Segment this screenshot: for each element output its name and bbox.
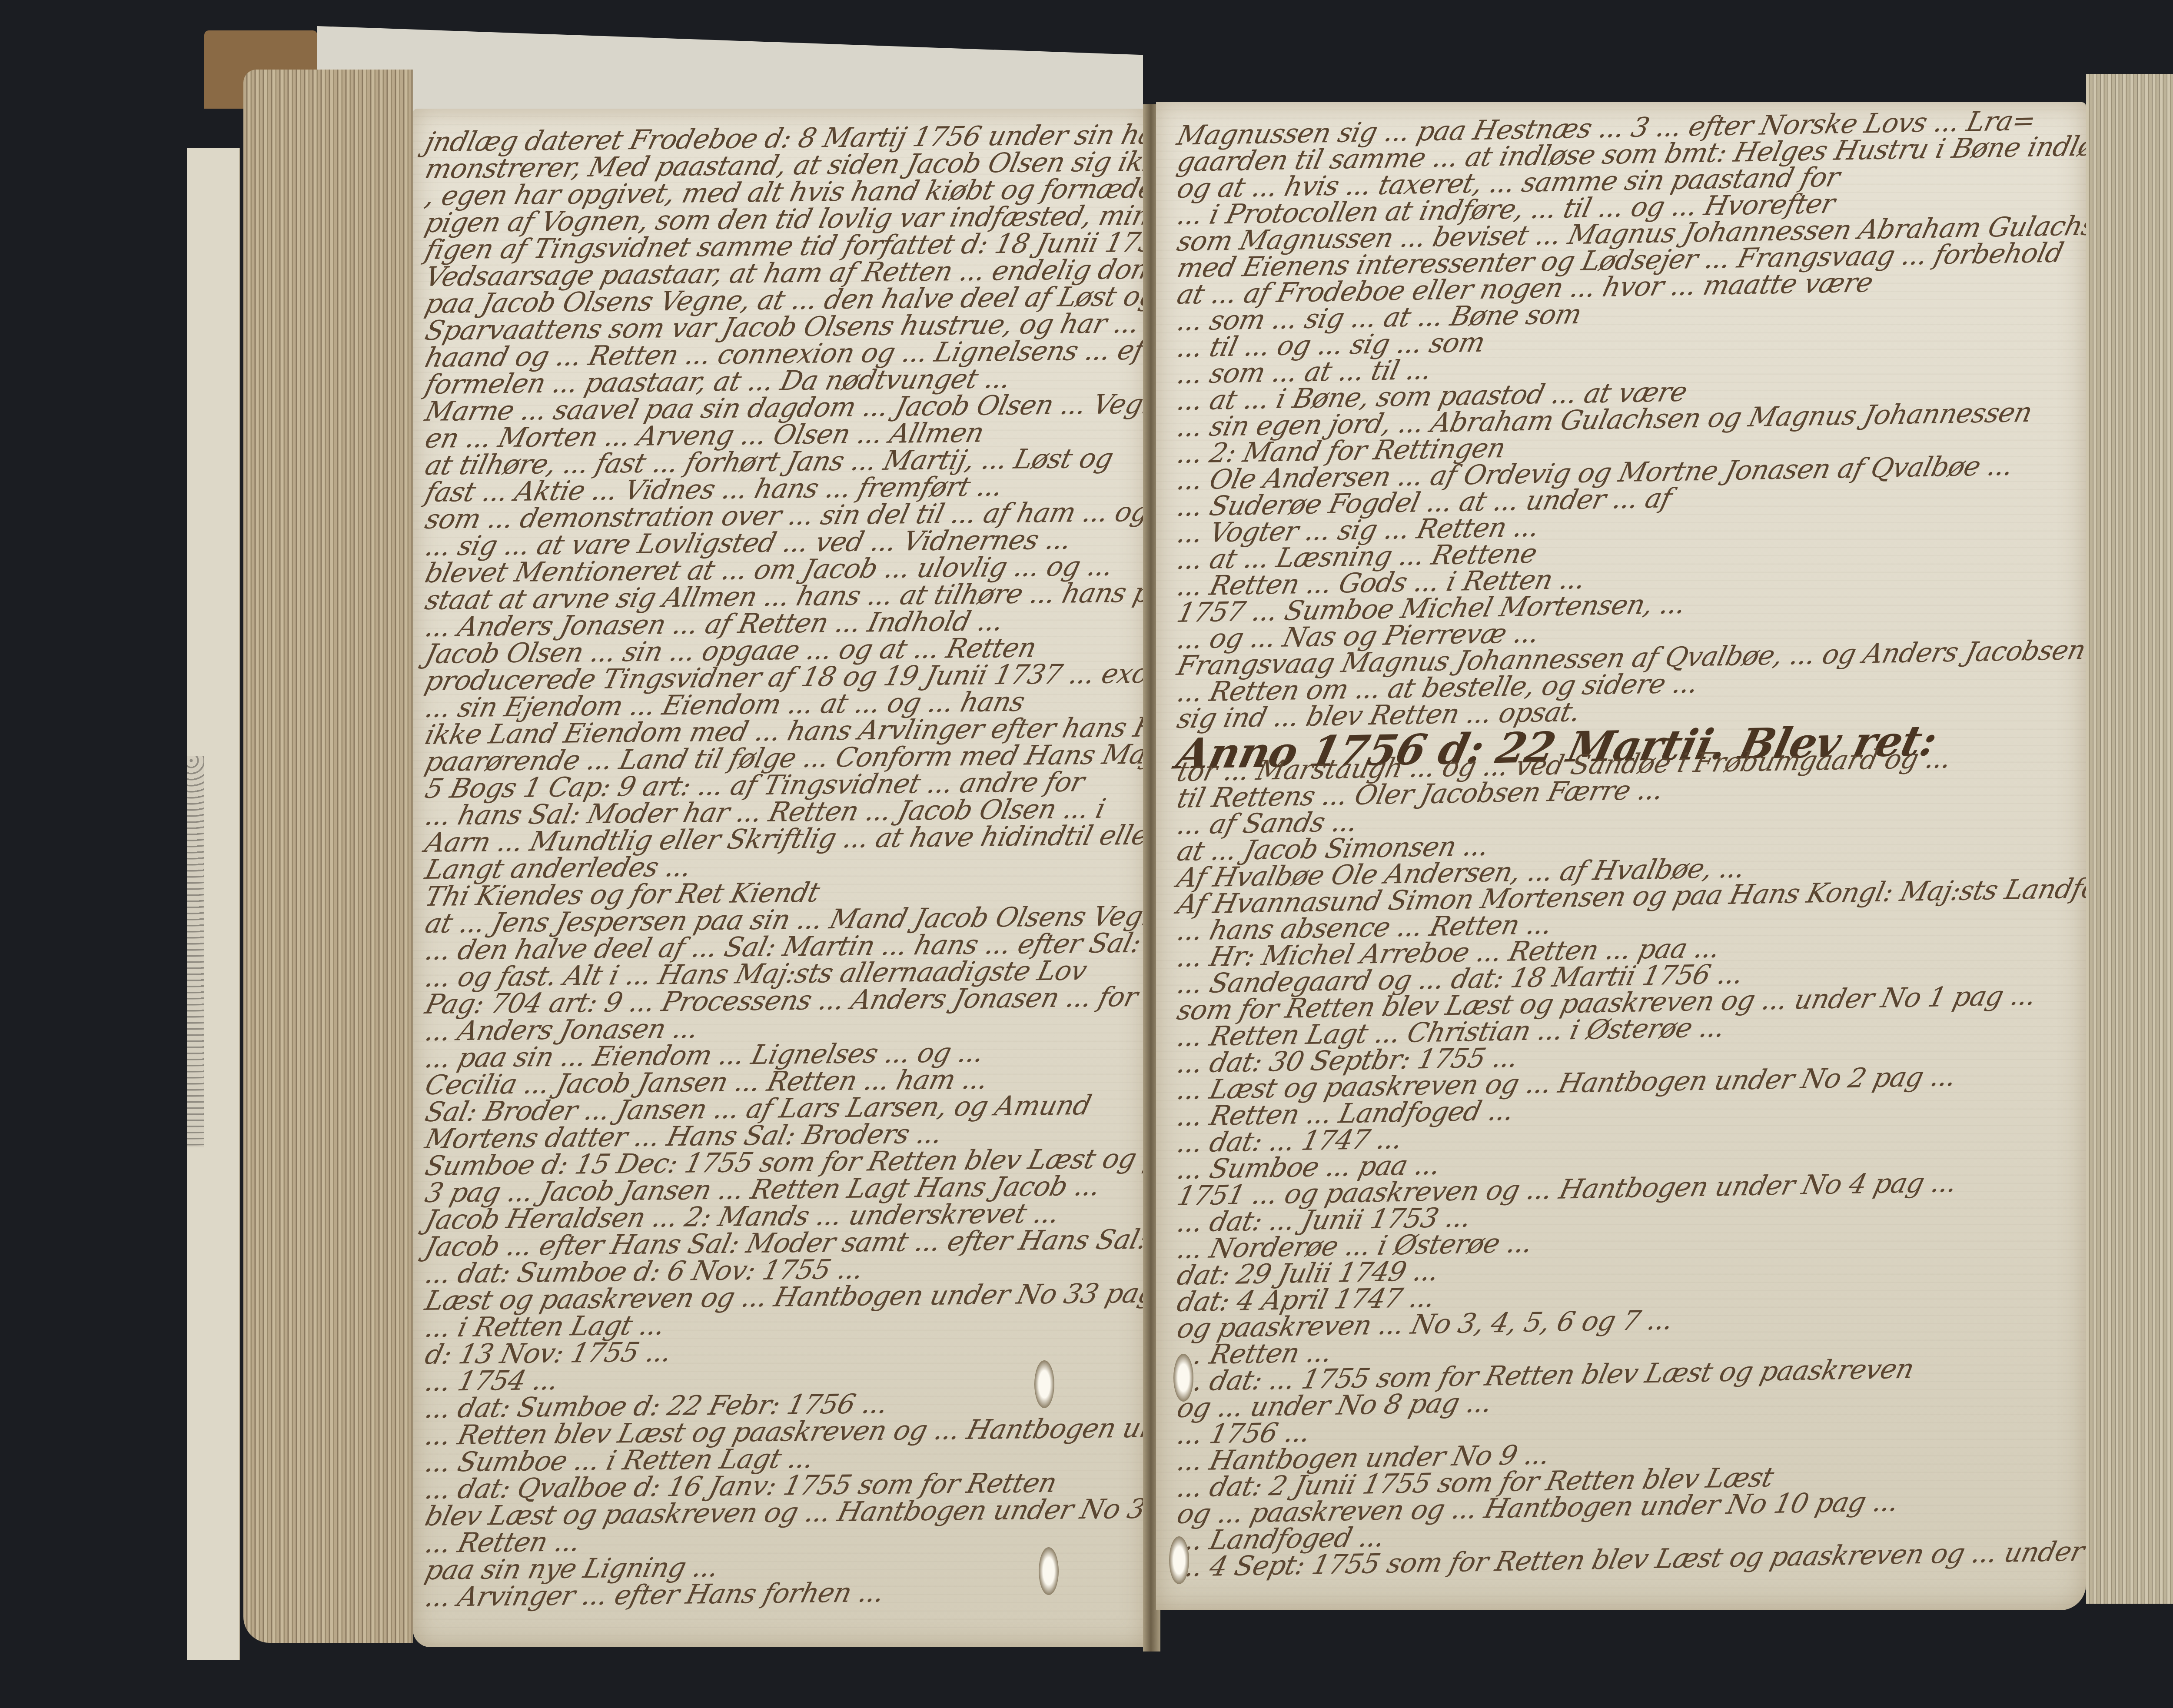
paper-damage-hole <box>1034 1360 1054 1408</box>
paper-damage-hole <box>1173 1354 1193 1402</box>
manuscript-line: ... Arvinger ... efter Hans forhen ... <box>422 1576 887 1613</box>
paper-damage-hole <box>1039 1547 1059 1595</box>
paper-damage-hole <box>1169 1536 1189 1584</box>
marbled-cover-pattern <box>187 756 204 1147</box>
left-page-text: jndlæg dateret Frodeboe d: 8 Martij 1756… <box>413 109 1147 1647</box>
book-spread: jndlæg dateret Frodeboe d: 8 Martij 1756… <box>0 0 2173 1708</box>
right-page-text: Magnussen sig ... paa Hestnæs ... 3 ... … <box>1156 102 2086 1610</box>
left-page-stack-edge <box>243 70 413 1643</box>
left-cover-board <box>187 148 240 1660</box>
right-page: Magnussen sig ... paa Hestnæs ... 3 ... … <box>1156 102 2086 1610</box>
right-page-stack-edge <box>2086 74 2173 1604</box>
left-page: jndlæg dateret Frodeboe d: 8 Martij 1756… <box>413 109 1147 1647</box>
